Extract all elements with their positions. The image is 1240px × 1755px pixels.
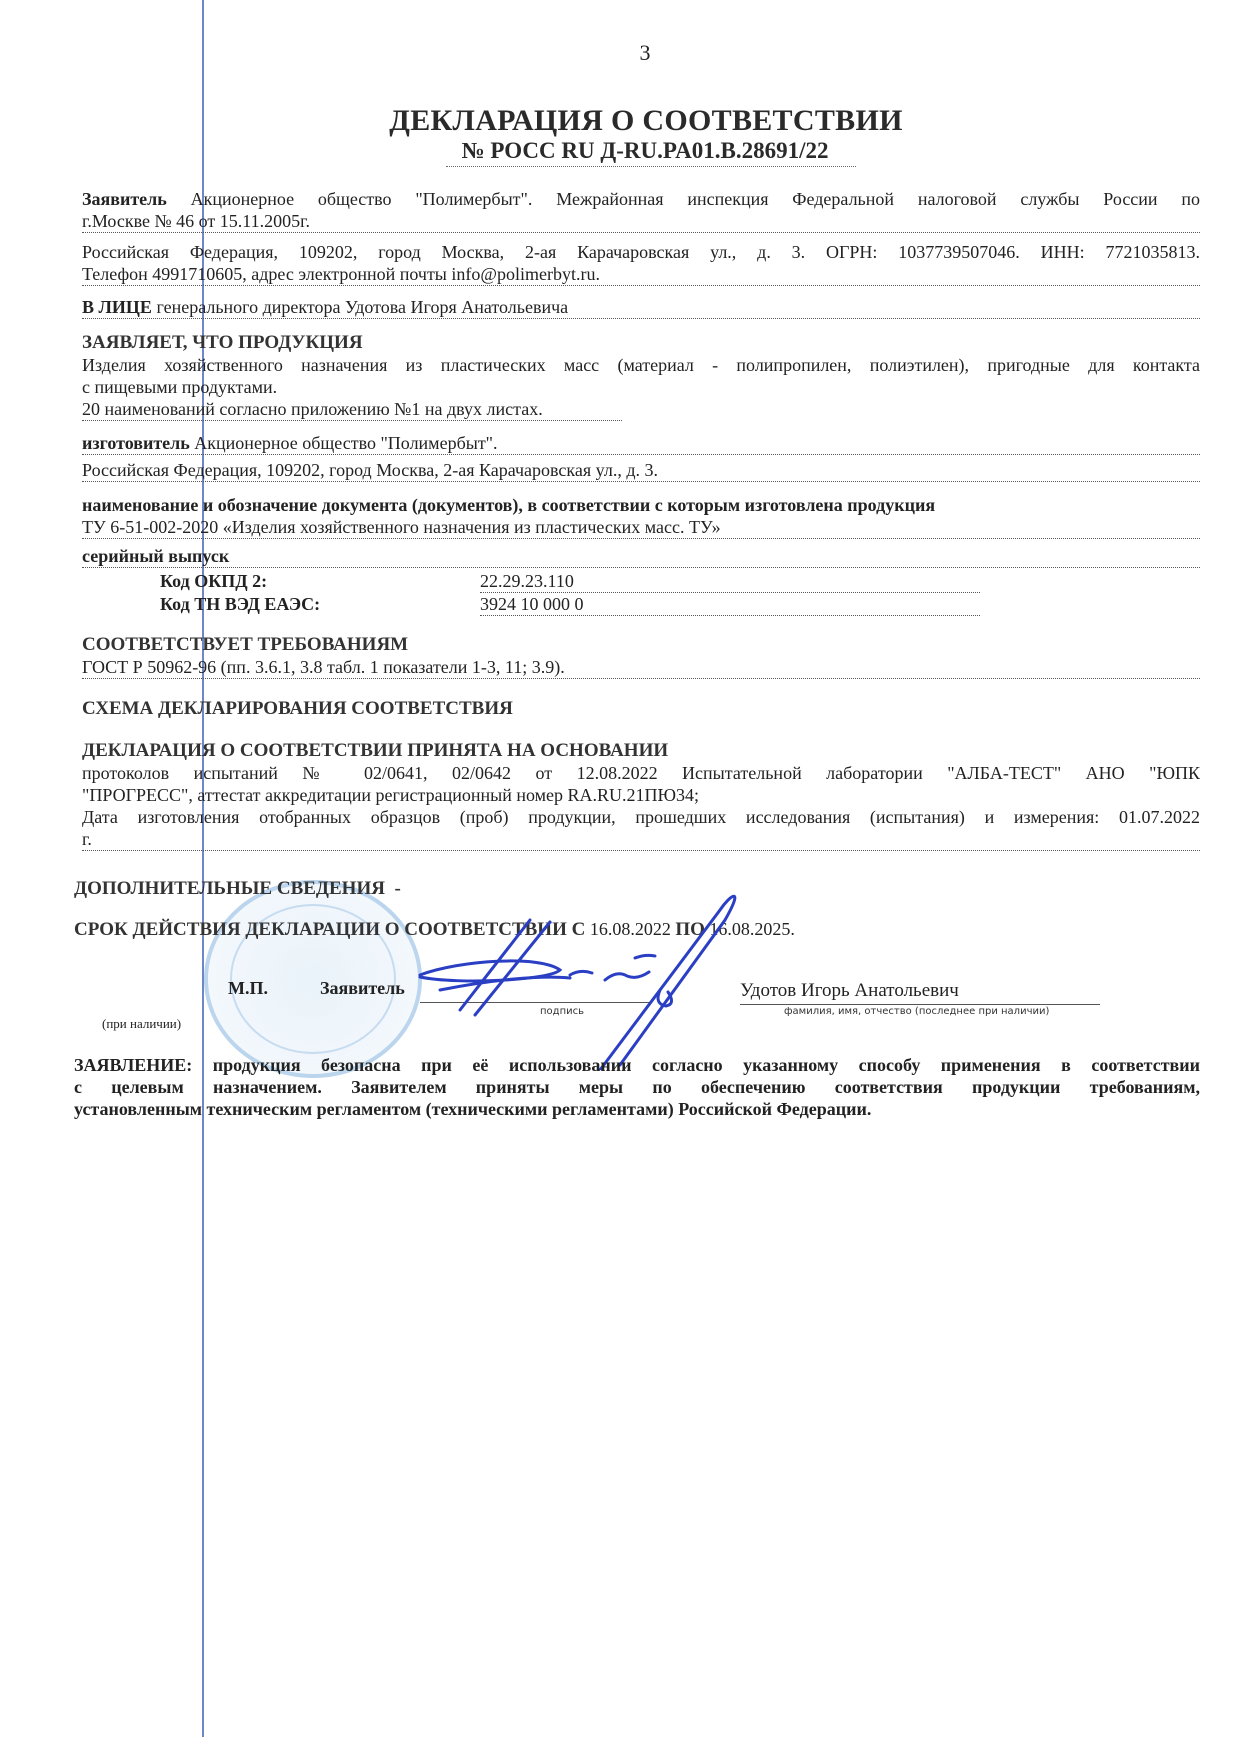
applicant-sign-label: Заявитель (320, 978, 405, 999)
code-row-okpd: Код ОКПД 2: 22.29.23.110 (160, 570, 980, 593)
additional-heading: ДОПОЛНИТЕЛЬНЫЕ СВЕДЕНИЯ (74, 878, 385, 899)
represented-by-value: генерального директора Удотова Игоря Ана… (156, 297, 568, 317)
product-line2: с пищевыми продуктами. (82, 376, 1200, 398)
handwritten-signature (400, 880, 780, 1070)
represented-by-label: В ЛИЦЕ (82, 297, 152, 317)
code-value: 22.29.23.110 (480, 570, 980, 593)
code-row-tnved: Код ТН ВЭД ЕАЭС: 3924 10 000 0 (160, 593, 980, 616)
represented-by-section: В ЛИЦЕ генерального директора Удотова Иг… (82, 296, 1200, 319)
basis-line4: г. (82, 828, 1200, 851)
manufacturer-address: Российская Федерация, 109202, город Моск… (82, 459, 1200, 482)
product-heading: ЗАЯВЛЯЕТ, ЧТО ПРОДУКЦИЯ (82, 332, 1200, 354)
basis-section: ДЕКЛАРАЦИЯ О СООТВЕТСТВИИ ПРИНЯТА НА ОСН… (82, 740, 1200, 851)
product-section: ЗАЯВЛЯЕТ, ЧТО ПРОДУКЦИЯ Изделия хозяйств… (82, 332, 1200, 421)
applicant-line1: Акционерное общество "Полимербыт". Межра… (191, 189, 1200, 209)
codes-table: Код ОКПД 2: 22.29.23.110 Код ТН ВЭД ЕАЭС… (160, 570, 980, 616)
statement-line3: установленным техническим регламентом (т… (74, 1098, 1200, 1120)
requirements-value: ГОСТ Р 50962-96 (пп. 3.6.1, 3.8 табл. 1 … (82, 656, 1200, 679)
product-line3: 20 наименований согласно приложению №1 н… (82, 398, 622, 421)
requirements-heading: СООТВЕТСТВУЕТ ТРЕБОВАНИЯМ (82, 634, 1200, 656)
documents-heading: наименование и обозначение документа (до… (82, 494, 1200, 516)
basis-line1: протоколов испытаний № 02/0641, 02/0642 … (82, 762, 1200, 784)
scheme-section: СХЕМА ДЕКЛАРИРОВАНИЯ СООТВЕТСТВИЯ (82, 698, 1200, 720)
serial-release: серийный выпуск (82, 545, 1200, 568)
if-any-label: (при наличии) (102, 1016, 181, 1032)
code-label: Код ОКПД 2: (160, 570, 480, 593)
documents-section: наименование и обозначение документа (до… (82, 494, 1200, 568)
scheme-heading: СХЕМА ДЕКЛАРИРОВАНИЯ СООТВЕТСТВИЯ (82, 698, 1200, 720)
manufacturer-label: изготовитель (82, 433, 190, 453)
name-caption: фамилия, имя, отчество (последнее при на… (784, 1006, 1049, 1017)
name-line (740, 1004, 1100, 1005)
applicant-address-line1: Российская Федерация, 109202, город Моск… (82, 241, 1200, 263)
applicant-section: Заявитель Акционерное общество "Полимерб… (82, 188, 1200, 286)
applicant-label: Заявитель (82, 189, 167, 209)
code-label: Код ТН ВЭД ЕАЭС: (160, 593, 480, 616)
code-value: 3924 10 000 0 (480, 593, 980, 616)
statement-line2: с целевым назначением. Заявителем принят… (74, 1076, 1200, 1098)
manufacturer-value: Акционерное общество "Полимербыт". (194, 433, 497, 453)
statement-line1: продукция безопасна при её использовании… (213, 1055, 1200, 1075)
basis-line3: Дата изготовления отобранных образцов (п… (82, 806, 1200, 828)
applicant-address-line2: Телефон 4991710605, адрес электронной по… (82, 263, 1200, 286)
product-line1: Изделия хозяйственного назначения из пла… (82, 354, 1200, 376)
mp-label: М.П. (228, 978, 268, 999)
applicant-line2: г.Москве № 46 от 15.11.2005г. (82, 210, 1200, 233)
statement-section: ЗАЯВЛЕНИЕ: продукция безопасна при её ис… (74, 1054, 1200, 1120)
basis-line2: "ПРОГРЕСС", аттестат аккредитации регист… (82, 784, 1200, 806)
basis-heading: ДЕКЛАРАЦИЯ О СООТВЕТСТВИИ ПРИНЯТА НА ОСН… (82, 740, 1200, 762)
statement-label: ЗАЯВЛЕНИЕ: (74, 1055, 192, 1075)
documents-value: ТУ 6-51-002-2020 «Изделия хозяйственного… (82, 516, 1200, 539)
declaration-number-underline (446, 166, 856, 167)
document-title: ДЕКЛАРАЦИЯ О СООТВЕТСТВИИ (0, 104, 1240, 138)
requirements-section: СООТВЕТСТВУЕТ ТРЕБОВАНИЯМ ГОСТ Р 50962-9… (82, 634, 1200, 679)
manufacturer-section: изготовитель Акционерное общество "Полим… (82, 432, 1200, 482)
page-number: 3 (0, 40, 1240, 66)
declaration-number: № РОСС RU Д-RU.PA01.B.28691/22 (0, 138, 1240, 164)
